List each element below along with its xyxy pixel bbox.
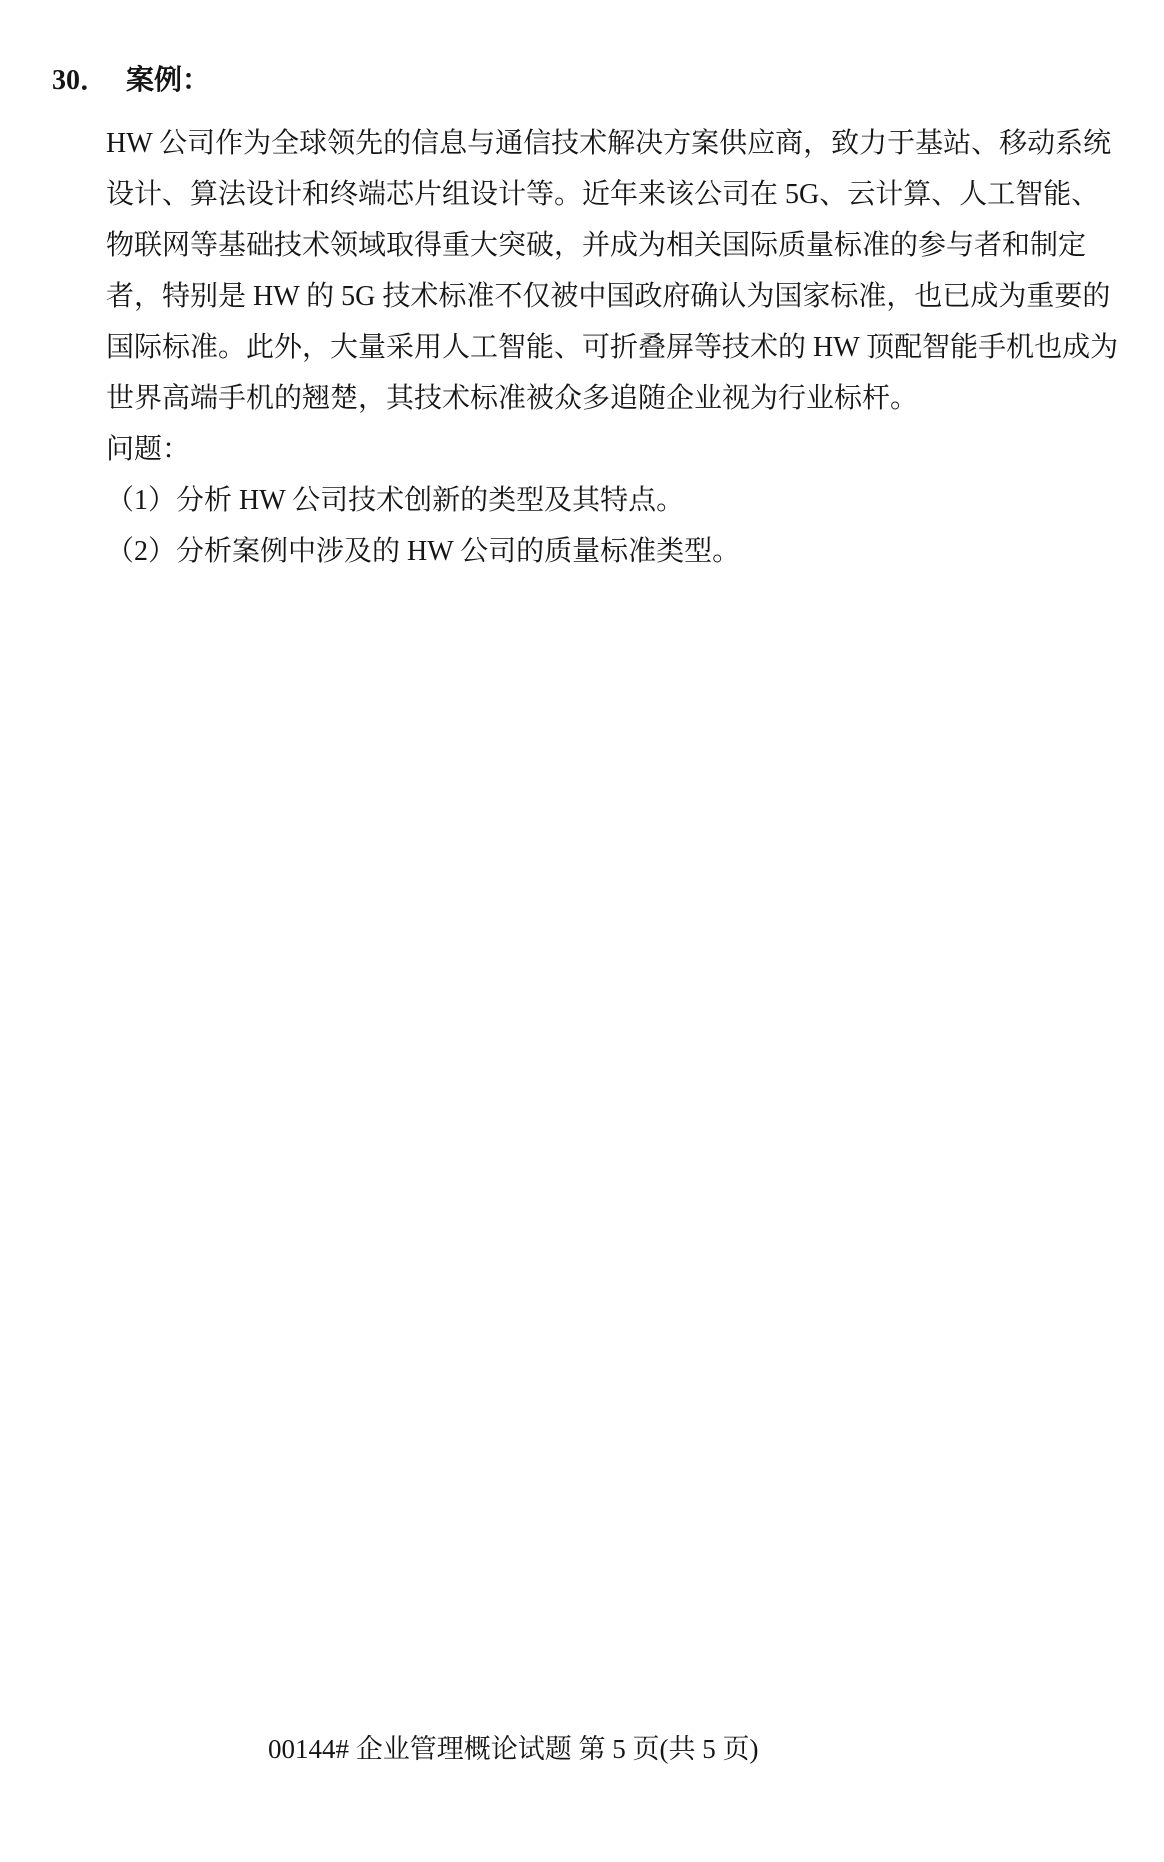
case-text-line: 国际标准。此外，大量采用人工智能、可折叠屏等技术的 HW 顶配智能手机也成为 xyxy=(106,322,1126,373)
question-number: 30． xyxy=(52,64,108,98)
question-heading: 30． 案例： xyxy=(52,64,210,98)
question-type-label: 案例： xyxy=(126,64,210,98)
case-text-line: 世界高端手机的翘楚，其技术标准被众多追随企业视为行业标杆。 xyxy=(106,373,1126,424)
case-text-line: 者，特别是 HW 的 5G 技术标准不仅被中国政府确认为国家标准，也已成为重要的 xyxy=(106,271,1126,322)
case-text-line: 设计、算法设计和终端芯片组设计等。近年来该公司在 5G、云计算、人工智能、 xyxy=(106,169,1126,220)
sub-question-1: （1）分析 HW 公司技术创新的类型及其特点。 xyxy=(106,475,1126,526)
case-text-line: HW 公司作为全球领先的信息与通信技术解决方案供应商，致力于基站、移动系统 xyxy=(106,118,1126,169)
page-footer: 00144# 企业管理概论试题 第 5 页(共 5 页) xyxy=(268,1732,758,1766)
sub-question-2: （2）分析案例中涉及的 HW 公司的质量标准类型。 xyxy=(106,526,1126,577)
exam-page: 30． 案例： HW 公司作为全球领先的信息与通信技术解决方案供应商，致力于基站… xyxy=(0,0,1164,1862)
question-body: HW 公司作为全球领先的信息与通信技术解决方案供应商，致力于基站、移动系统 设计… xyxy=(106,118,1126,577)
case-text-line: 物联网等基础技术领域取得重大突破，并成为相关国际质量标准的参与者和制定 xyxy=(106,220,1126,271)
questions-label: 问题： xyxy=(106,424,1126,475)
